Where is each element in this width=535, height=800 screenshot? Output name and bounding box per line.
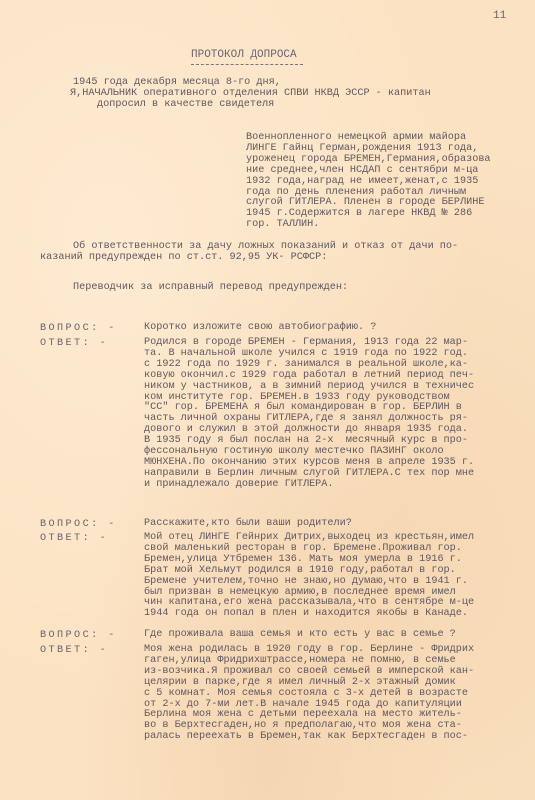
answer-2: Мой отец ЛИНГЕ Гейнрих Дитрих,выходец из… <box>144 533 474 620</box>
title-underline <box>191 64 303 65</box>
answer-line: ником у частников, а в зимний период учи… <box>144 382 474 393</box>
warning-block: Об ответственности за дачу ложных показа… <box>40 242 458 264</box>
question-text: Коротко изложите свою автобиографию. ? <box>144 323 376 334</box>
document-title: ПРОТОКОЛ ДОПРОСА <box>191 49 297 61</box>
question-label: ВОПРОС: - <box>40 519 117 530</box>
answer-line: Брат мой Хельмут родился в 1910 году,раб… <box>144 566 474 577</box>
translator-line: Переводчик за исправный перевод предупре… <box>73 283 348 294</box>
witness-line: гор. ТАЛЛИН. <box>246 220 491 231</box>
answer-label: ОТВЕТ: - <box>40 338 108 349</box>
question-label: ВОПРОС: - <box>40 630 117 641</box>
witness-block: Военнопленного немецкой армии майора ЛИН… <box>246 133 491 231</box>
document-page: 11 ПРОТОКОЛ ДОПРОСА 1945 года декабря ме… <box>0 0 535 800</box>
answer-line: Бремене учителем,точно не знаю,но думаю,… <box>144 577 474 588</box>
witness-line: ние среднее,член НСДАП с сентябри м-ца <box>246 166 491 177</box>
answer-line: целярии в парке,где я имел личный 2-х эт… <box>144 678 474 689</box>
answer-label: ОТВЕТ: - <box>40 645 108 656</box>
answer-line: и принадлежало доверие ГИТЛЕРА. <box>144 480 474 491</box>
answer-line: ралась переехать в Бремен,так как Берхте… <box>144 732 474 743</box>
answer-line: с 5 комнат. Моя семья состояла с 3-х дет… <box>144 689 474 700</box>
question-text: Расскажите,кто были ваши родители? <box>144 519 352 530</box>
question-1: Коротко изложите свою автобиографию. ? <box>144 323 376 334</box>
warning-line: казаний предупрежден по ст.ст. 92,95 УК-… <box>40 253 458 264</box>
answer-label: ОТВЕТ: - <box>40 533 108 544</box>
answer-3: Моя жена родилась в 1920 году в гор. Бер… <box>144 645 474 743</box>
question-label: ВОПРОС: - <box>40 323 117 334</box>
answer-line: ковую окончил.с 1929 года работал в летн… <box>144 371 474 382</box>
intro-block: 1945 года декабря месяца 8-го дня, Я,НАЧ… <box>73 78 431 111</box>
translator-block: Переводчик за исправный перевод предупре… <box>73 283 348 294</box>
question-text: Где проживала ваша семья и кто есть у ва… <box>144 630 456 641</box>
question-2: Расскажите,кто были ваши родители? <box>144 519 352 530</box>
intro-line-witness: допросил в качестве свидетеля <box>97 100 431 111</box>
witness-line: 1932 года,наград не имеет,женат,с 1935 <box>246 177 491 188</box>
answer-line: 1944 года он попал в плен и находится як… <box>144 609 474 620</box>
question-3: Где проживала ваша семья и кто есть у ва… <box>144 630 456 641</box>
page-number: 11 <box>493 10 506 22</box>
answer-1: Родился в городе БРЕМЕН - Германия, 1913… <box>144 338 474 491</box>
